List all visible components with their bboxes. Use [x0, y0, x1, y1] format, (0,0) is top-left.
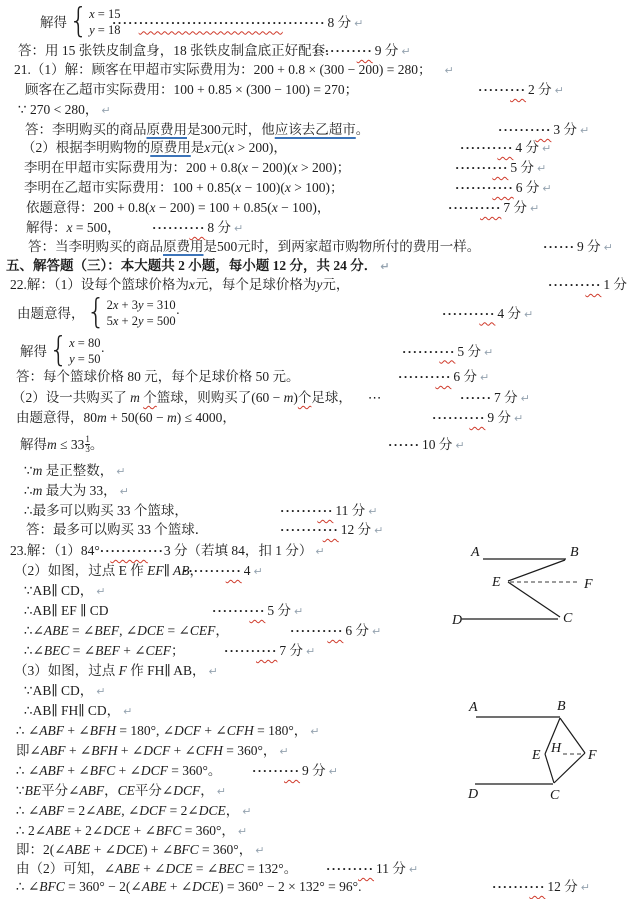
score-mark: ···········9 分↵	[314, 42, 411, 60]
dotted-leader: ···	[317, 503, 333, 518]
dotted-leader: ···	[435, 369, 451, 384]
score-label: 9 分	[302, 763, 326, 778]
text-run: 是300元时，他	[187, 122, 275, 137]
math-run: m ≤ 33	[47, 436, 84, 453]
text-run: 解得	[20, 343, 47, 360]
score-mark: ··········5 分↵	[212, 602, 303, 620]
paragraph-mark-icon: ↵	[116, 465, 125, 478]
dotted-leader: ·····	[112, 15, 139, 30]
paragraph-mark-icon: ↵	[401, 45, 410, 58]
dotted-leader: ·······	[432, 410, 469, 425]
label-D: D	[452, 613, 462, 628]
text-run: 元，	[322, 277, 349, 292]
score-mark: ···········4↵	[183, 562, 263, 580]
paragraph-mark-icon: ↵	[315, 545, 324, 558]
text-run: （2）如图，过点 E 作	[14, 563, 147, 578]
dotted-leader: ···	[469, 410, 485, 425]
score-mark: ··········9 分↵	[432, 409, 523, 427]
dotted-leader: ···	[358, 861, 374, 876]
score-mark: ··········5 分↵	[402, 343, 493, 361]
dotted-leader: ···	[492, 160, 508, 175]
dotted-leader: ·······	[455, 180, 492, 195]
text-run: 即	[16, 743, 30, 758]
math-run: 2(∠ABE + ∠DCE) + ∠BFC = 360°	[43, 842, 239, 857]
text-run: ·	[176, 305, 181, 322]
paragraph-mark-icon: ↵	[242, 805, 251, 818]
text-run: ，	[239, 842, 253, 857]
line-CF	[554, 753, 585, 783]
text-run: 即：	[16, 842, 43, 857]
figure-parallel-lines-1: A B E F C D	[452, 538, 644, 660]
doc-line: ∵ 270 < 280，↵	[0, 101, 644, 118]
text-run: ；	[418, 62, 432, 77]
math-run: F	[119, 663, 127, 678]
text-run: ∵	[16, 783, 25, 798]
text-run: ，	[273, 140, 287, 155]
text-run: 23.解：（1）	[10, 543, 81, 558]
dotted-leader: ······	[252, 763, 284, 778]
score-label: 6 分	[453, 369, 477, 384]
equation-row: 2x + 3y = 310	[107, 297, 176, 313]
score-label: 6 分	[345, 623, 369, 638]
paragraph-mark-icon: ↵	[368, 505, 377, 518]
text-run: ∵	[24, 463, 33, 478]
text-run: 顾客在乙超市实际费用：	[25, 82, 174, 97]
brace-icon: {	[49, 334, 68, 368]
brace-icon: {	[69, 5, 88, 39]
dotted-leader: ·······	[280, 503, 317, 518]
label-C: C	[550, 788, 560, 803]
math-run: ∠ABF + ∠BFC + ∠DCF = 360°	[28, 763, 208, 778]
label-E: E	[491, 575, 501, 590]
text-run: ∴	[24, 483, 33, 498]
dotted-leader: ·······	[152, 220, 189, 235]
score-label: 10 分	[422, 437, 452, 452]
text-run: ∵AB∥ CD，	[24, 583, 93, 598]
math-run: ∠ABE = ∠BEF, ∠DCE = ∠CEF	[33, 623, 216, 638]
paragraph-mark-icon: ↵	[255, 844, 264, 857]
text-run: 。	[284, 861, 298, 876]
doc-line: （2）根据李明购物的原费用是x元(x > 200)，··········4 分↵	[0, 139, 644, 156]
math-run: (x > 200)	[224, 140, 274, 155]
math-run: 80m + 50(60 − m) ≤ 4000	[84, 410, 223, 425]
dotted-leader: ···	[327, 623, 343, 638]
paragraph-mark-icon: ↵	[329, 765, 338, 778]
text-run: 元	[210, 140, 224, 155]
text-run: ，	[85, 102, 99, 117]
text-run: ，	[226, 803, 240, 818]
math-run: 100 + 0.85 × (300 − 100) = 270	[174, 82, 345, 97]
text-run: 最大为 33，	[42, 483, 116, 498]
score-label: 2 分	[528, 82, 552, 97]
paragraph-mark-icon: ↵	[530, 202, 539, 215]
equation-row: y = 50	[69, 351, 100, 367]
text-run: 答：李明购买的商品	[25, 122, 147, 137]
dotted-leader: ·······	[402, 344, 439, 359]
text-run: ，	[317, 200, 331, 215]
label-B: B	[570, 545, 579, 560]
math-run: ∠BEC = ∠BEF + ∠CEF	[33, 643, 171, 658]
text-run: 解得	[40, 14, 67, 31]
dotted-leader: ·······	[212, 603, 249, 618]
doc-line: 21.（1）解：顾客在甲超市实际费用为：200 + 0.8 × (300 − 2…	[0, 61, 644, 78]
dotted-leader: ·······	[398, 369, 435, 384]
dotted-leader: ·······	[290, 623, 327, 638]
text-run: ∴	[24, 643, 33, 658]
text-run: ∴	[16, 879, 28, 894]
paragraph-mark-icon: ↵	[542, 142, 551, 155]
text-run: 3 分（若填 84，扣 1 分）	[164, 543, 313, 558]
score-label: 8 分	[207, 220, 231, 235]
score-label: 4 分	[497, 306, 521, 321]
math-run: ∠ABE + ∠DCE = ∠BEC = 132°	[104, 861, 284, 876]
score-mark: ·········11 分↵	[326, 860, 418, 878]
text-run: ，	[215, 623, 229, 638]
doc-line: 由题意得，{2x + 3y = 3105x + 2y = 500 ·······…	[0, 295, 644, 331]
dotted-leader: ···	[535, 122, 551, 137]
brace-icon: {	[87, 296, 106, 330]
dotted-leader: ····	[256, 643, 277, 658]
score-label: 11 分	[335, 503, 365, 518]
spellcheck-underlined-text: 个	[143, 390, 157, 405]
math-run: 270 < 280	[30, 102, 85, 117]
doc-line: 李明在乙超市实际费用：100 + 0.85(x − 100)(x > 100)；…	[0, 179, 644, 196]
paragraph-mark-icon: ↵	[310, 725, 319, 738]
math-run: 100 + 0.85(x − 100)(x > 100)	[173, 180, 330, 195]
doc-line: 依题意得：200 + 0.8(x − 200) = 100 + 0.85(x −…	[0, 199, 644, 216]
doc-line: 由题意得，80m + 50(60 − m) ≤ 4000，··········9…	[0, 409, 644, 426]
dotted-leader: ······	[460, 390, 492, 405]
doc-line: 五、解答题（三）：本大题共 2 小题，每小题 12 分，共 24 分．↵	[0, 257, 644, 274]
line-BE	[508, 560, 565, 581]
dotted-leader: ······	[326, 861, 358, 876]
text-run: 依题意得：	[26, 200, 94, 215]
score-label: 7 分	[494, 390, 518, 405]
score-mark: ··········5 分↵	[455, 159, 546, 177]
math-run: 200 + 0.8(x − 200)(x > 200)	[186, 160, 337, 175]
label-D: D	[467, 787, 478, 802]
doc-line: 答：每个篮球价格 80 元，每个足球价格 50 元。··········6 分↵	[0, 368, 644, 385]
dotted-leader: ·······	[492, 879, 529, 894]
score-mark: ···········12 分↵	[280, 521, 383, 539]
score-label: 3 分	[553, 122, 577, 137]
score-label: 6 分	[516, 180, 540, 195]
label-F: F	[587, 748, 597, 763]
figure-parallel-lines-2: A B E H F C D	[452, 695, 644, 810]
math-run: ∠ABF + ∠BFH + ∠DCF + ∠CFH = 360°	[30, 743, 263, 758]
score-mark: ······7 分↵	[460, 389, 530, 407]
dotted-leader: ···························	[139, 15, 283, 30]
doc-line: 顾客在乙超市实际费用：100 + 0.85 × (300 − 100) = 27…	[0, 81, 644, 98]
math-run: 200 + 0.8(x − 200) = 100 + 0.85(x − 100)	[94, 200, 317, 215]
math-run: m	[33, 463, 43, 478]
paragraph-mark-icon: ↵	[444, 64, 453, 77]
math-run: x = 500	[67, 220, 108, 235]
paragraph-mark-icon: ↵	[480, 371, 489, 384]
score-mark: ···········6 分↵	[455, 179, 552, 197]
paragraph-mark-icon: ↵	[555, 84, 564, 97]
dotted-leader: ···	[585, 277, 601, 292]
doc-line: 答：李明购买的商品原费用是300元时，他应该去乙超市。··········3 分…	[0, 121, 644, 138]
text-run: ，	[222, 410, 236, 425]
score-mark: ··········11 分↵	[280, 502, 377, 520]
dotted-leader: ···	[439, 344, 455, 359]
text-run: 。	[356, 122, 370, 137]
dotted-leader: ····	[480, 200, 501, 215]
score-label: 5 分	[510, 160, 534, 175]
math-run: CE	[118, 783, 135, 798]
text-run: ；	[345, 82, 359, 97]
paragraph-mark-icon: ↵	[101, 104, 110, 117]
paragraph-mark-icon: ↵	[581, 881, 590, 894]
dotted-leader: ·······	[455, 160, 492, 175]
math-run: m	[33, 483, 43, 498]
doc-line: 解得{x = 80y = 50 ···········5 分↵	[0, 333, 644, 369]
text-run: 李明在甲超市实际费用为：	[24, 160, 186, 175]
doc-line: 答：当李明购买的商品原费用是500元时，到两家超市购物所付的费用一样。·····…	[0, 238, 644, 255]
doc-line: ∴ ∠BFC = 360° − 2(∠ABE + ∠DCE) = 360° − …	[0, 878, 644, 895]
paragraph-mark-icon: ↵	[306, 645, 315, 658]
doc-line: 李明在甲超市实际费用为：200 + 0.8(x − 200)(x > 200)；…	[0, 159, 644, 176]
text-run: ，	[200, 783, 214, 798]
score-label: 9 分	[375, 43, 399, 58]
line-EC	[545, 754, 554, 783]
paragraph-mark-icon: ↵	[604, 241, 613, 254]
math-run: ∠BFC = 360° − 2(∠ABE + ∠DCE) = 360° − 2 …	[28, 879, 358, 894]
dotted-leader: ···	[226, 563, 242, 578]
dotted-leader: ·······	[442, 306, 479, 321]
text-run: 李明在乙超市实际费用：	[24, 180, 173, 195]
doc-line: ∴m 最大为 33，↵	[0, 482, 644, 499]
paragraph-mark-icon: ↵	[209, 665, 218, 678]
dotted-leader: ·······	[110, 543, 147, 558]
dotted-leader: ········	[314, 43, 357, 58]
text-run: 由题意得，	[17, 305, 85, 322]
doc-line: ∴最多可以购买 33 个篮球，··········11 分↵	[0, 502, 644, 519]
text-run: ∴最多可以购买 33 个篮球，	[24, 503, 188, 518]
score-label: 8 分	[327, 15, 351, 30]
text-run: 足球，	[311, 390, 352, 405]
text-run: 。	[208, 763, 222, 778]
dotted-leader: ······	[478, 82, 510, 97]
math-run: BE	[25, 783, 42, 798]
text-run: ；	[171, 643, 185, 658]
text-run: 解得	[20, 436, 47, 453]
score-mark: ······9 分↵	[543, 238, 613, 256]
brace-system: {x = 80y = 50	[47, 335, 100, 367]
paragraph-mark-icon: ↵	[409, 863, 418, 876]
paragraph-mark-icon: ↵	[96, 685, 105, 698]
math-run: ∠ABF	[68, 783, 104, 798]
label-A: A	[470, 545, 480, 560]
text-run: ∴	[16, 823, 28, 838]
paragraph-mark-icon: ↵	[123, 705, 132, 718]
document-page: 解得{x = 15y = 18·························…	[0, 0, 644, 899]
label-H: H	[550, 741, 562, 756]
text-run: （2）设一共购买了	[12, 390, 130, 405]
paragraph-mark-icon: ↵	[238, 825, 247, 838]
line-BF	[560, 718, 585, 753]
doc-line: ∵m 是正整数，↵	[0, 462, 644, 479]
score-mark: ··········7 分↵	[448, 199, 539, 217]
spellcheck-underlined-text: 个	[298, 390, 312, 405]
text-run: 答：最多可以购买 33 个篮球．	[26, 522, 208, 537]
label-B: B	[557, 699, 566, 714]
math-run: 200 + 0.8 × (300 − 200) = 280	[254, 62, 418, 77]
paragraph-mark-icon: ↵	[374, 524, 383, 537]
text-run: 作 FH∥ AB，	[127, 663, 206, 678]
math-run: (60 − m)	[251, 390, 298, 405]
doc-line: 解得m ≤ 3313 。······10 分↵	[0, 431, 644, 457]
equation-system: 2x + 3y = 3105x + 2y = 500	[107, 297, 176, 329]
text-run: .	[358, 879, 361, 894]
label-A: A	[468, 700, 478, 715]
paragraph-mark-icon: ↵	[354, 17, 363, 30]
dotted-leader: ···	[148, 543, 164, 558]
text-run: 是正整数，	[42, 463, 113, 478]
text-run: 22.解：（1）设每个篮球价格为	[10, 277, 189, 292]
text-run: ，	[104, 783, 118, 798]
text-run: ∴AB∥ FH∥ CD，	[24, 703, 120, 718]
text-run: 。	[90, 436, 104, 453]
text-run: 篮球，则购买了	[157, 390, 252, 405]
label-C: C	[563, 611, 573, 626]
score-mark: ··········12 分↵	[492, 878, 590, 896]
text-run: ⋯	[368, 390, 382, 405]
dotted-leader: ···	[284, 763, 300, 778]
text-run: 解得：	[26, 220, 67, 235]
text-run: 21.（1）解：顾客在甲超市实际费用为：	[14, 62, 254, 77]
equation-system: x = 80y = 50	[69, 335, 100, 367]
text-run: ；	[337, 160, 351, 175]
text-run: ；	[330, 180, 344, 195]
doc-line: 答：最多可以购买 33 个篮球．···········12 分↵	[0, 521, 644, 538]
score-mark: ··········6 分↵	[398, 368, 489, 386]
text-run: ，	[221, 823, 235, 838]
doc-line: 解得{x = 15y = 18·························…	[0, 6, 644, 38]
text-run: 平分	[41, 783, 68, 798]
paragraph-mark-icon: ↵	[253, 565, 262, 578]
grammar-underlined-text: 原费用	[150, 140, 191, 155]
text-run: 由题意得，	[16, 410, 84, 425]
text-run: 是	[191, 140, 205, 155]
dotted-leader: ······	[388, 437, 420, 452]
text-run: ∴	[16, 723, 28, 738]
text-run: 由（2）可知，	[16, 861, 104, 876]
score-mark: ········································…	[112, 14, 363, 32]
score-mark: ·········2 分↵	[478, 81, 564, 99]
doc-line: 22.解：（1）设每个篮球价格为x元，每个足球价格为y元，··········1…	[0, 276, 644, 293]
dotted-leader: ···	[497, 140, 513, 155]
text-run: 元，每个足球价格为	[195, 277, 317, 292]
brace-system: {2x + 3y = 3105x + 2y = 500	[85, 297, 176, 329]
score-label: 1 分	[603, 277, 627, 292]
score-mark: ··········3 分↵	[498, 121, 589, 139]
paragraph-mark-icon: ↵	[524, 308, 533, 321]
paragraph-mark-icon: ↵	[580, 124, 589, 137]
dotted-leader: ······	[543, 239, 575, 254]
dotted-leader: ········	[283, 15, 326, 30]
score-label: 7 分	[503, 200, 527, 215]
score-mark: ··········1 分	[548, 276, 627, 293]
math-run: 2∠ABE + 2∠DCE + ∠BFC = 360°	[28, 823, 221, 838]
dotted-leader: ···	[249, 603, 265, 618]
paragraph-mark-icon: ↵	[234, 222, 243, 235]
score-label: 4 分	[515, 140, 539, 155]
score-mark: ······10 分↵	[388, 436, 465, 454]
score-mark: ·········9 分↵	[252, 762, 338, 780]
paragraph-mark-icon: ↵	[514, 412, 523, 425]
score-label: 5 分	[457, 344, 481, 359]
paragraph-mark-icon: ↵	[537, 162, 546, 175]
paragraph-mark-icon: ↵	[484, 346, 493, 359]
paragraph-mark-icon: ↵	[455, 439, 464, 452]
doc-line: 由（2）可知，∠ABE + ∠DCE = ∠BEC = 132°。·······…	[0, 860, 644, 877]
score-label: 12 分	[547, 879, 577, 894]
doc-line: 解得：x = 500，··········8 分↵	[0, 219, 644, 236]
dotted-leader: ···	[510, 82, 526, 97]
score-label: 9 分	[487, 410, 511, 425]
dotted-leader: ···	[529, 879, 545, 894]
text-run: 答：用 15 张铁皮制盒身，18 张铁皮制盒底正好配套．	[18, 43, 339, 58]
text-run: ∴	[16, 763, 28, 778]
math-run: m	[130, 390, 140, 405]
dotted-leader: ·······	[548, 277, 585, 292]
text-run: 是500元时，到两家超市购物所付的费用一样。	[204, 239, 481, 254]
line-EC	[508, 582, 560, 617]
doc-line: （2）设一共购买了 m 个篮球，则购买了(60 − m)个足球，⋯······7…	[0, 389, 644, 406]
text-run: ·	[100, 343, 105, 360]
paragraph-mark-icon: ↵	[279, 745, 288, 758]
dotted-leader: ··	[100, 543, 111, 558]
text-run: （3）如图，过点	[14, 663, 119, 678]
dotted-leader: ······	[448, 200, 480, 215]
text-run: ∵	[18, 102, 30, 117]
text-run: 平分	[135, 783, 162, 798]
score-mark: ··········8 分↵	[152, 219, 243, 237]
paragraph-mark-icon: ↵	[217, 785, 226, 798]
paragraph-mark-icon: ↵	[542, 182, 551, 195]
doc-line: 答：用 15 张铁皮制盒身，18 张铁皮制盒底正好配套．···········9…	[0, 42, 644, 59]
dotted-leader: ···	[323, 522, 339, 537]
dotted-leader: ···	[479, 306, 495, 321]
dotted-leader: ······	[224, 643, 256, 658]
dotted-leader: ········	[183, 563, 226, 578]
math-run: ∠ABF = 2∠ABE, ∠DCF = 2∠DCE	[28, 803, 226, 818]
score-label: 11 分	[376, 861, 406, 876]
text-run: 五、解答题（三）：本大题共 2 小题，每小题 12 分，共 24 分．	[6, 258, 377, 273]
score-label: 5 分	[267, 603, 291, 618]
score-mark: ··········7 分↵	[224, 642, 315, 660]
label-F: F	[583, 577, 593, 592]
text-run: ，	[263, 743, 277, 758]
dotted-leader: ·······	[460, 140, 497, 155]
paragraph-mark-icon: ↵	[372, 625, 381, 638]
text-run: ∵AB∥ CD，	[24, 683, 93, 698]
score-label: 9 分	[577, 239, 601, 254]
paragraph-mark-icon: ↵	[294, 605, 303, 618]
dotted-leader: ···	[357, 43, 373, 58]
paragraph-mark-icon: ↵	[521, 392, 530, 405]
dotted-leader: ········	[280, 522, 323, 537]
score-mark: ··········4 分↵	[442, 305, 533, 323]
score-mark: ··········6 分↵	[290, 622, 381, 640]
paragraph-mark-icon: ↵	[96, 585, 105, 598]
score-label: 4	[244, 563, 251, 578]
text-run: 答：每个篮球价格 80 元，每个足球价格 50 元。	[16, 369, 300, 384]
label-E: E	[531, 748, 541, 763]
score-label: 7 分	[279, 643, 303, 658]
